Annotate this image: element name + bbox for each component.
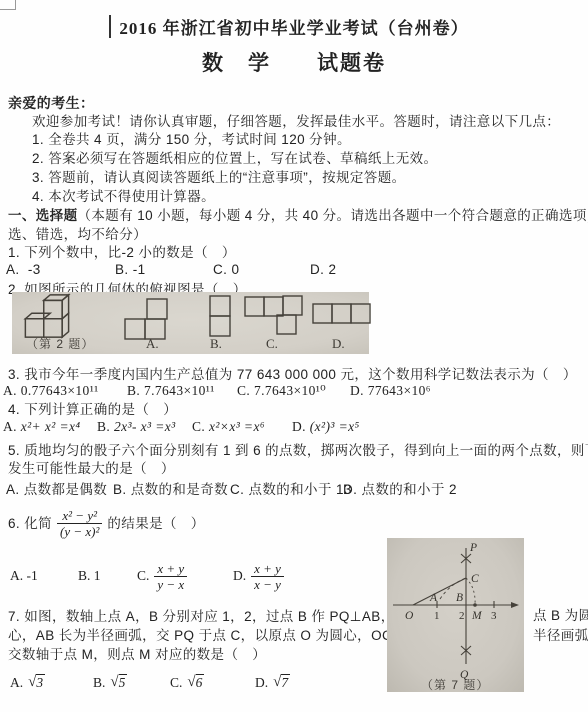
q6-option-d-fraction: x + y x − y: [251, 561, 284, 592]
q7-option-d-label: D.: [255, 675, 268, 691]
exam-paper-page: 2016 年浙江省初中毕业学业考试（台州卷） 数 学 试题卷 亲爱的考生： 欢迎…: [0, 0, 588, 712]
q2-label-c: C.: [266, 336, 278, 352]
q7-option-a: A.√3: [10, 674, 45, 691]
q6-option-c: C. x + y y − x: [137, 553, 187, 599]
welcome-text: 欢迎参加考试！请你认真审题，仔细答题，发挥最佳水平。答题时，请注意以下几点：: [32, 113, 560, 130]
q7-figure-point-a: A: [429, 592, 438, 604]
q1-option-b: B. -1: [115, 262, 146, 277]
q2-figure-caption: （第 2 题）: [26, 335, 94, 352]
q7-figure: P C A B O M Q 1 2 3 （第 7 题）: [387, 538, 524, 692]
q2-shape-d: [312, 302, 374, 326]
note-2: 2. 答案必须写在答题纸相应的位置上，写在试卷、草稿纸上无效。: [32, 150, 437, 167]
q7-number-line-drawing: P C A B O M Q 1 2 3: [387, 538, 524, 692]
note-4: 4. 本次考试不得使用计算器。: [32, 188, 215, 205]
q7-option-d-value: 7: [281, 674, 290, 691]
q7-option-b: B.√5: [93, 674, 127, 691]
q7-figure-point-c: C: [471, 573, 479, 585]
question-7-line3: 交数轴于点 M，则点 M 对应的数是（ ）: [8, 646, 266, 663]
q6-option-d: D. x + y x − y: [233, 553, 284, 599]
q7-option-d: D.√7: [255, 674, 290, 691]
q4-option-c: C. x²×x³ =x⁶: [192, 419, 265, 435]
exam-title: 2016 年浙江省初中毕业学业考试（台州卷）: [0, 14, 588, 39]
q5-option-a: A. 点数都是偶数: [6, 478, 107, 498]
cube-solid-drawing: [20, 293, 108, 339]
question-7-side-line2: 半径画弧: [533, 627, 588, 644]
q6-fraction-denominator: (y − x)²: [57, 523, 102, 539]
q6-option-d-denominator: x − y: [251, 576, 284, 592]
q6-prefix: 6. 化简: [8, 515, 52, 532]
q7-figure-tick-1: 1: [434, 610, 440, 622]
section-label: 一、选择题: [8, 208, 78, 223]
q5-option-c: C. 点数的和小于 13: [230, 478, 352, 498]
q6-option-a: A. -1: [10, 553, 38, 599]
q7-option-a-value: 3: [36, 674, 45, 691]
q1-option-a: A. -3: [6, 262, 41, 277]
q5-option-b: B. 点数的和是奇数: [113, 478, 228, 498]
q6-suffix: 的结果是（ ）: [107, 515, 204, 532]
q2-shape-a: [124, 298, 168, 340]
q4-option-b-math: 2x³- x³ =x³: [114, 419, 176, 434]
q7-option-b-value: 5: [119, 674, 128, 691]
question-7-line2: 心，AB 长为半径画弧，交 PQ 于点 C，以原点 O 为圆心，OC 长为: [8, 627, 424, 644]
q7-figure-tick-2: 2: [459, 610, 465, 622]
q1-option-d: D. 2: [310, 262, 336, 277]
q3-option-a: A. 0.77643×10¹¹: [3, 383, 99, 399]
greeting: 亲爱的考生：: [8, 95, 94, 112]
q7-figure-caption: （第 7 题）: [421, 676, 489, 693]
question-3: 3. 我市今年一季度内国内生产总值为 77 643 000 000 元，这个数用…: [8, 366, 577, 383]
q2-label-a: A.: [146, 336, 159, 352]
q6-option-a-text: A. -1: [10, 568, 38, 584]
radical-sign: √: [187, 674, 195, 691]
q7-option-c: C.√6: [170, 674, 204, 691]
q6-fraction: x² − y² (y − x)²: [57, 508, 102, 539]
q6-option-b: B. 1: [78, 553, 101, 599]
q2-shape-c: [244, 295, 304, 337]
q5-option-d: D. 点数的和小于 2: [343, 478, 457, 498]
q7-option-c-label: C.: [170, 675, 182, 691]
q6-option-d-label: D.: [233, 568, 246, 584]
page-margin-marker: [0, 0, 16, 10]
q6-option-d-numerator: x + y: [251, 561, 284, 576]
question-7-side-line1: 点 B 为圆: [533, 607, 588, 624]
question-4: 4. 下列计算正确的是（ ）: [8, 401, 177, 418]
q7-option-a-label: A.: [10, 675, 23, 691]
question-1: 1. 下列个数中，比-2 小的数是（ ）: [8, 244, 236, 261]
note-1: 1. 全卷共 4 页，满分 150 分，考试时间 120 分钟。: [32, 131, 351, 148]
q7-figure-point-p: P: [469, 542, 477, 554]
q1-option-c: C. 0: [213, 262, 239, 277]
q7-figure-tick-3: 3: [491, 610, 497, 622]
q4-option-b: B. 2x³- x³ =x³: [97, 419, 176, 435]
q6-option-c-fraction: x + y y − x: [154, 561, 187, 592]
q2-label-d: D.: [332, 336, 345, 352]
q6-option-c-numerator: x + y: [154, 561, 187, 576]
q6-fraction-numerator: x² − y²: [59, 508, 100, 523]
q4-option-d-label: D.: [292, 419, 306, 434]
section-header: 一、选择题（本题有 10 小题，每小题 4 分，共 40 分。请选出各题中一个符…: [8, 207, 588, 224]
q4-option-a: A. x²+ x² =x⁴: [3, 419, 80, 435]
question-5-line1: 5. 质地均匀的骰子六个面分别刻有 1 到 6 的点数，掷两次骰子，得到向上一面…: [8, 442, 588, 459]
q7-figure-point-b: B: [456, 592, 463, 604]
q4-option-d: D. (x²)³ =x⁵: [292, 419, 360, 435]
q4-option-c-label: C.: [192, 419, 205, 434]
radical-sign: √: [110, 674, 118, 691]
q2-shape-b: [208, 295, 232, 339]
q3-option-c: C. 7.7643×10¹⁰: [237, 383, 326, 399]
subject-title: 数 学 试题卷: [0, 47, 588, 77]
q4-option-c-math: x²×x³ =x⁶: [209, 419, 265, 434]
section-desc: （本题有 10 小题，每小题 4 分，共 40 分。请选出各题中一个符合题意的正…: [78, 208, 588, 223]
q6-option-c-label: C.: [137, 568, 149, 584]
question-7-line1: 7. 如图，数轴上点 A，B 分别对应 1，2，过点 B 作 PQ⊥AB，以: [8, 608, 409, 625]
q4-option-a-label: A.: [3, 419, 17, 434]
section-desc-2: 选、错选，均不给分）: [8, 226, 147, 243]
q7-option-b-label: B.: [93, 675, 105, 691]
question-5-line2: 发生可能性最大的是（ ）: [8, 460, 175, 477]
q3-option-b: B. 7.7643×10¹¹: [127, 383, 215, 399]
q4-option-a-math: x²+ x² =x⁴: [21, 419, 81, 434]
q3-option-d: D. 77643×10⁶: [350, 383, 431, 399]
q4-option-d-math: (x²)³ =x⁵: [310, 419, 360, 434]
q4-option-b-label: B.: [97, 419, 110, 434]
q2-label-b: B.: [210, 336, 222, 352]
radical-sign: √: [273, 674, 281, 691]
q6-option-b-text: B. 1: [78, 568, 101, 584]
q7-option-c-value: 6: [196, 674, 205, 691]
q6-option-c-denominator: y − x: [154, 576, 187, 592]
q7-figure-point-m: M: [471, 610, 483, 622]
note-3: 3. 答题前，请认真阅读答题纸上的“注意事项”，按规定答题。: [32, 169, 406, 186]
q2-figure: （第 2 题） A. B. C.: [12, 292, 369, 354]
question-6: 6. 化简 x² − y² (y − x)² 的结果是（ ）: [8, 500, 205, 546]
q7-figure-point-o: O: [405, 610, 414, 622]
